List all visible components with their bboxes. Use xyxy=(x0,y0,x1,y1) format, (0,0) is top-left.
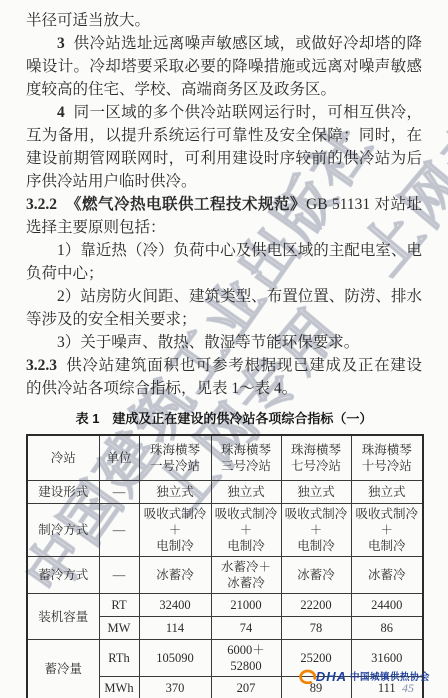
value-cell: 独立式 xyxy=(281,481,351,504)
table-header-cell: 珠海横琴 七号冷站 xyxy=(281,435,351,481)
value-cell: 105090 xyxy=(139,640,211,677)
value-cell: 24400 xyxy=(351,594,423,617)
standard-title: 《燃气冷热电联供工程技术规范》 xyxy=(66,196,307,213)
body-text: 3）关于噪声、散热、散湿等节能环保要求。 xyxy=(57,334,359,351)
value-cell: 86 xyxy=(351,617,423,640)
page-number: 45 xyxy=(402,681,414,696)
table-header-cell: 冷站 xyxy=(27,435,99,481)
value-cell: 水蓄冷＋ 冰蓄冷 xyxy=(211,557,281,594)
row-label-cell: 蓄冷量 xyxy=(27,640,99,698)
clause-item-3: 3供冷站选址远离噪声敏感区域，或做好冷却塔的降噪设计。冷却塔要采取必要的降噪措施… xyxy=(26,32,422,101)
row-label-cell: 蓄冷方式 xyxy=(27,557,99,594)
unit-cell: — xyxy=(99,504,139,557)
value-cell: 独立式 xyxy=(139,481,211,504)
unit-cell: MW xyxy=(99,617,139,640)
value-cell: 114 xyxy=(139,617,211,640)
principle-item-1: 1）靠近热（冷）负荷中心及供电区域的主配电室、电负荷中心； xyxy=(26,239,422,285)
unit-cell: RT xyxy=(99,594,139,617)
value-cell: 78 xyxy=(281,617,351,640)
table-caption: 表 1 建成及正在建设的供冷站各项综合指标（一） xyxy=(26,407,422,430)
value-cell: 吸收式制冷＋ 电制冷 xyxy=(211,504,281,557)
clause-3-2-3: 3.2.3供冷站建筑面积也可参考根据现已建成及正在建设的供冷站各项综合指标，见表… xyxy=(26,354,422,400)
page-footer: DHA 中国城镇供热协会 45 xyxy=(298,668,430,696)
table-header-cell: 珠海横琴 一号冷站 xyxy=(139,435,211,481)
body-text: 半径可适当放大。 xyxy=(26,12,150,29)
body-text: 同一区域的多个供冷站联网运行时，可相互供冷，互为备用，以提升系统运行可靠性及安全… xyxy=(26,104,422,190)
cooling-station-indicators-table: 冷站单位珠海横琴 一号冷站珠海横琴 三号冷站珠海横琴 七号冷站珠海横琴 十号冷站… xyxy=(26,434,424,698)
value-cell: 74 xyxy=(211,617,281,640)
value-cell: 独立式 xyxy=(351,481,423,504)
association-name: 中国城镇供热协会 xyxy=(350,669,430,683)
body-text: 2）站房防火间距、建筑类型、布置位置、防涝、排水等涉及的安全相关要求； xyxy=(26,288,422,328)
table-header-cell: 珠海横琴 三号冷站 xyxy=(211,435,281,481)
body-text: 供冷站建筑面积也可参考根据现已建成及正在建设的供冷站各项综合指标，见表 1～表 … xyxy=(26,357,422,397)
value-cell: 冰蓄冷 xyxy=(351,557,423,594)
row-label-cell: 制冷方式 xyxy=(27,504,99,557)
value-cell: 6000＋52800 xyxy=(211,640,281,677)
table-header-cell: 单位 xyxy=(99,435,139,481)
unit-cell: — xyxy=(99,557,139,594)
page-body: 半径可适当放大。 3供冷站选址远离噪声敏感区域，或做好冷却塔的降噪设计。冷却塔要… xyxy=(0,0,448,698)
clause-number: 3.2.2 xyxy=(26,196,57,213)
table-header-cell: 珠海横琴 十号冷站 xyxy=(351,435,423,481)
value-cell: 吸收式制冷＋ 电制冷 xyxy=(351,504,423,557)
value-cell: 21000 xyxy=(211,594,281,617)
unit-cell: — xyxy=(99,481,139,504)
principle-item-2: 2）站房防火间距、建筑类型、布置位置、防涝、排水等涉及的安全相关要求； xyxy=(26,285,422,331)
value-cell: 22200 xyxy=(281,594,351,617)
table-row: 建设形式—独立式独立式独立式独立式 xyxy=(27,481,423,504)
value-cell: 冰蓄冷 xyxy=(139,557,211,594)
value-cell: 独立式 xyxy=(211,481,281,504)
value-cell: 吸收式制冷＋ 电制冷 xyxy=(139,504,211,557)
principle-item-3: 3）关于噪声、散热、散湿等节能环保要求。 xyxy=(26,331,422,354)
item-number: 4 xyxy=(57,104,65,121)
table-row: 制冷方式—吸收式制冷＋ 电制冷吸收式制冷＋ 电制冷吸收式制冷＋ 电制冷吸收式制冷… xyxy=(27,504,423,557)
paragraph-continuation: 半径可适当放大。 xyxy=(26,9,422,32)
row-label-cell: 建设形式 xyxy=(27,481,99,504)
value-cell: 207 xyxy=(211,677,281,698)
value-cell: 吸收式制冷＋ 电制冷 xyxy=(281,504,351,557)
value-cell: 32400 xyxy=(139,594,211,617)
body-text: 供冷站选址远离噪声敏感区域，或做好冷却塔的降噪设计。冷却塔要采取必要的降噪措施或… xyxy=(26,35,422,98)
clause-item-4: 4同一区域的多个供冷站联网运行时，可相互供冷，互为备用，以提升系统运行可靠性及安… xyxy=(26,101,422,193)
logo-letters: DHA xyxy=(316,669,347,684)
clause-3-2-2: 3.2.2《燃气冷热电联供工程技术规范》GB 51131 对站址选择主要原则包括… xyxy=(26,193,422,239)
value-cell: 370 xyxy=(139,677,211,698)
cdha-swoosh-icon xyxy=(298,668,317,684)
unit-cell: RTh xyxy=(99,640,139,677)
table-row: 装机容量RT32400210002220024400 xyxy=(27,594,423,617)
table-header-row: 冷站单位珠海横琴 一号冷站珠海横琴 三号冷站珠海横琴 七号冷站珠海横琴 十号冷站 xyxy=(27,435,423,481)
table-row: 蓄冷方式—冰蓄冷水蓄冷＋ 冰蓄冷冰蓄冷冰蓄冷 xyxy=(27,557,423,594)
item-number: 3 xyxy=(57,35,65,52)
value-cell: 冰蓄冷 xyxy=(281,557,351,594)
clause-number: 3.2.3 xyxy=(26,357,57,374)
unit-cell: MWh xyxy=(99,677,139,698)
scanned-document-page: 中国建筑工业出版社 上网专用 上网专用 半径可适当放大。 3供冷站选址远离噪声敏… xyxy=(0,0,448,698)
row-label-cell: 装机容量 xyxy=(27,594,99,640)
body-text: 1）靠近热（冷）负荷中心及供电区域的主配电室、电负荷中心； xyxy=(26,242,422,282)
